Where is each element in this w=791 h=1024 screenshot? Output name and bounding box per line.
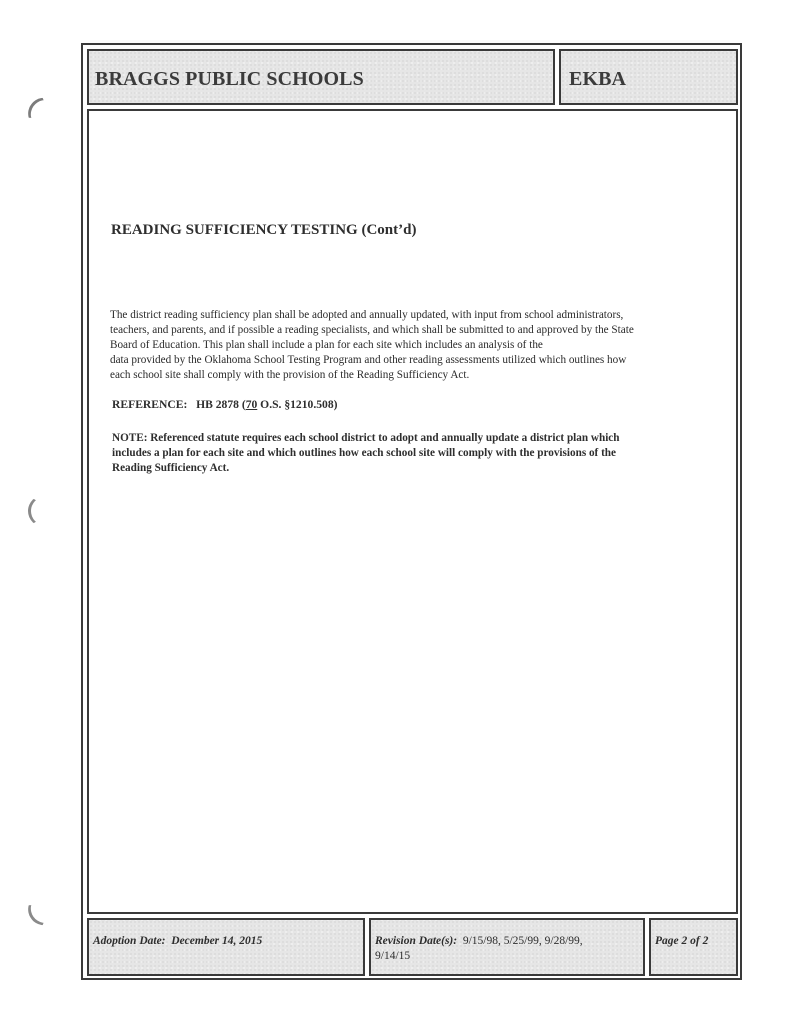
- paragraph-line: Board of Education. This plan shall incl…: [110, 338, 730, 353]
- section-title: READING SUFFICIENCY TESTING (Cont’d): [111, 222, 416, 239]
- organization-name: BRAGGS PUBLIC SCHOOLS: [95, 68, 364, 91]
- note-line: NOTE: Referenced statute requires each s…: [112, 431, 732, 446]
- reference-line: REFERENCE: HB 2878 (70 O.S. §1210.508): [112, 398, 337, 411]
- paragraph-line: data provided by the Oklahoma School Tes…: [110, 353, 730, 368]
- reference-title-number: 70: [246, 398, 258, 411]
- header-organization-cell: BRAGGS PUBLIC SCHOOLS: [87, 49, 555, 105]
- hole-punch-mark-middle: [28, 495, 61, 527]
- policy-body: READING SUFFICIENCY TESTING (Cont’d) The…: [87, 109, 738, 914]
- adoption-date: December 14, 2015: [171, 935, 262, 947]
- hole-punch-mark-bottom: [22, 886, 67, 931]
- paragraph-line: The district reading sufficiency plan sh…: [110, 308, 730, 323]
- paragraph-line: each school site shall comply with the p…: [110, 368, 730, 383]
- footer-revision-cell: Revision Date(s): 9/15/98, 5/25/99, 9/28…: [369, 918, 645, 976]
- reference-suffix: O.S. §1210.508): [257, 398, 337, 411]
- page-number: Page 2 of 2: [655, 934, 708, 949]
- reference-label: REFERENCE:: [112, 398, 187, 411]
- reference-prefix: HB 2878 (: [196, 398, 246, 411]
- note-block: NOTE: Referenced statute requires each s…: [112, 431, 732, 476]
- policy-code: EKBA: [569, 68, 626, 91]
- revision-dates-line1: 9/15/98, 5/25/99, 9/28/99,: [463, 935, 583, 947]
- policy-paragraph: The district reading sufficiency plan sh…: [110, 308, 730, 383]
- note-line: includes a plan for each site and which …: [112, 446, 732, 461]
- revision-dates-line2: 9/14/15: [375, 950, 410, 962]
- policy-page-frame: BRAGGS PUBLIC SCHOOLS EKBA READING SUFFI…: [81, 43, 742, 980]
- header-policy-code-cell: EKBA: [559, 49, 738, 105]
- page-label: Page 2 of 2: [655, 935, 708, 947]
- revision-label: Revision Date(s):: [375, 935, 457, 947]
- revision-dates-text: Revision Date(s): 9/15/98, 5/25/99, 9/28…: [375, 934, 583, 964]
- adoption-label: Adoption Date:: [93, 935, 166, 947]
- footer-adoption-cell: Adoption Date: December 14, 2015: [87, 918, 365, 976]
- hole-punch-mark-top: [22, 91, 67, 136]
- adoption-date-text: Adoption Date: December 14, 2015: [93, 934, 262, 949]
- note-line: Reading Sufficiency Act.: [112, 461, 732, 476]
- footer-page-cell: Page 2 of 2: [649, 918, 738, 976]
- paragraph-line: teachers, and parents, and if possible a…: [110, 323, 730, 338]
